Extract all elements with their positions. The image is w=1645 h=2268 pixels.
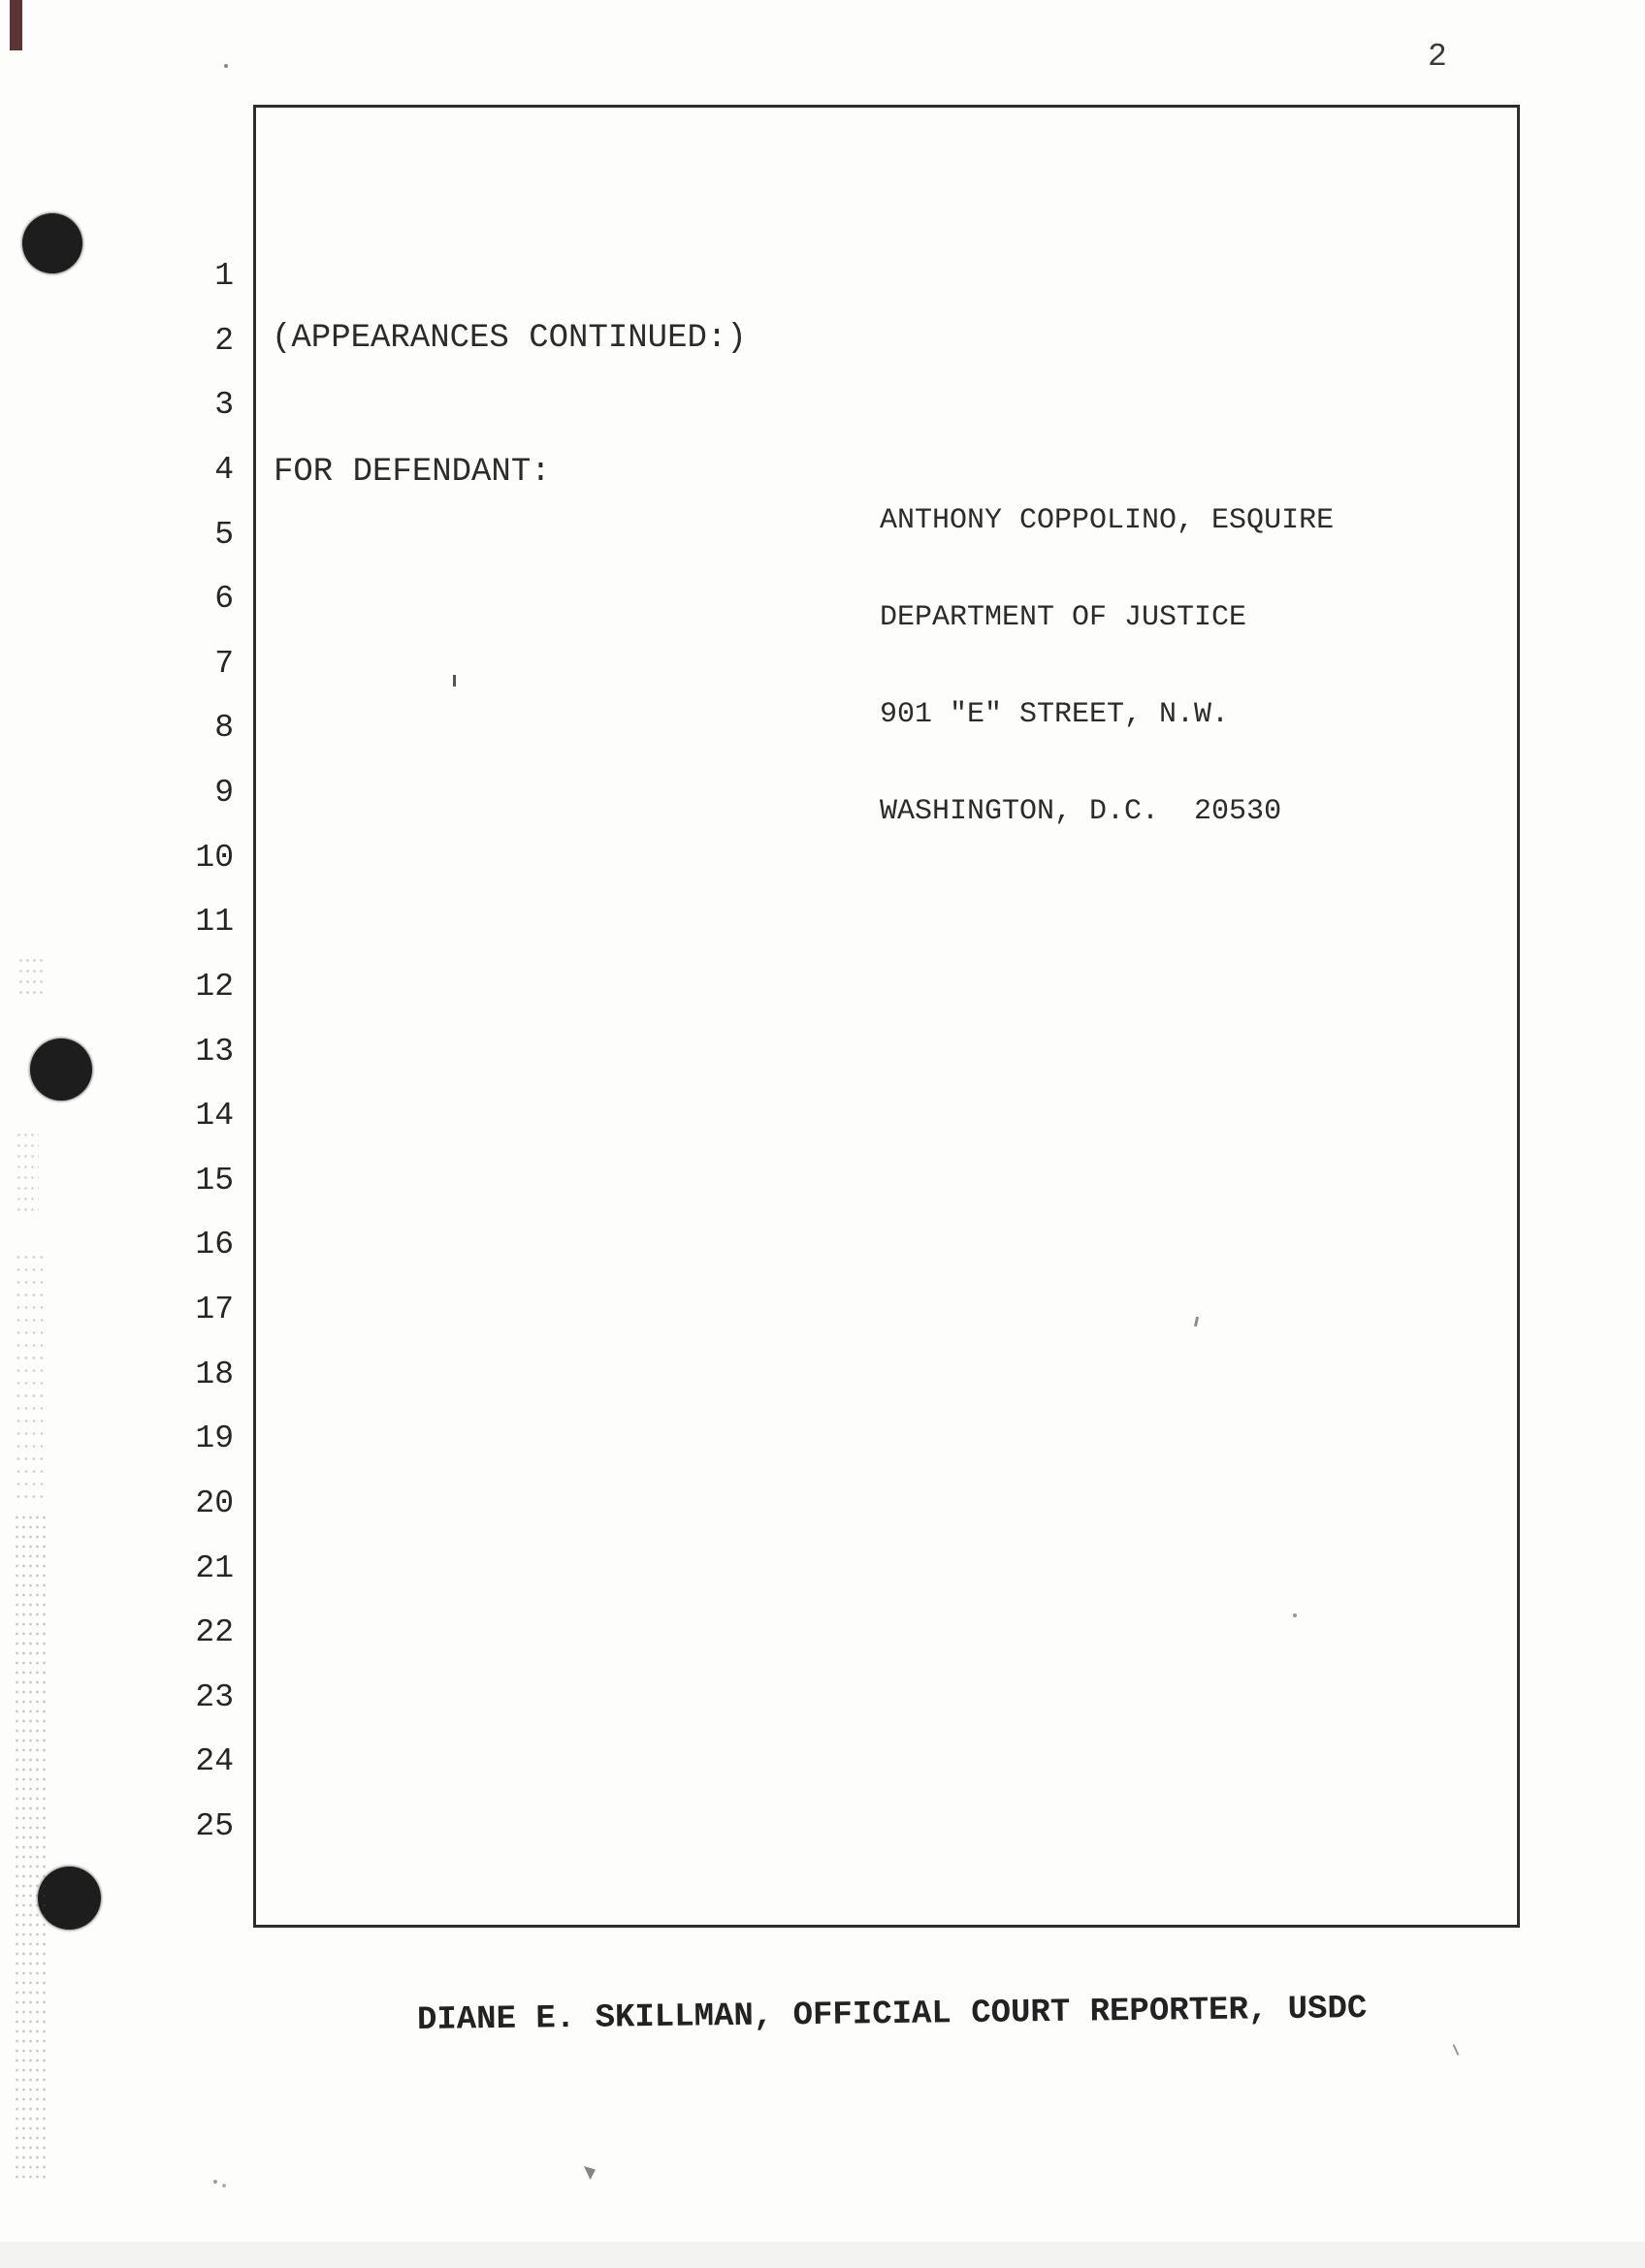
line-number: 12: [137, 955, 234, 1020]
scan-edge-band: [0, 2242, 1645, 2268]
scan-artifact-top-left: [10, 0, 22, 50]
line-number: 11: [137, 890, 234, 955]
line-number: 13: [137, 1020, 234, 1085]
defendant-counsel-address: ANTHONY COPPOLINO, ESQUIRE DEPARTMENT OF…: [880, 440, 1334, 894]
scan-noise-strip: [14, 1513, 47, 2182]
counsel-city-line: WASHINGTON, D.C. 20530: [880, 796, 1334, 828]
hole-punch-bottom: [38, 1867, 101, 1930]
line-number: 1: [137, 244, 234, 309]
line-number: 23: [137, 1666, 234, 1731]
scan-speck: [213, 2180, 217, 2184]
for-defendant-label: FOR DEFENDANT:: [274, 451, 551, 494]
line-number: 6: [137, 567, 234, 632]
appearances-heading: (APPEARANCES CONTINUED:): [272, 317, 747, 360]
line-number: 18: [137, 1343, 234, 1408]
line-number: 16: [137, 1213, 234, 1278]
counsel-name-line: ANTHONY COPPOLINO, ESQUIRE: [880, 505, 1334, 537]
line-number: 22: [137, 1601, 234, 1666]
transcript-box: [253, 105, 1520, 1928]
line-number: 5: [137, 503, 234, 568]
scan-speck: [224, 64, 228, 68]
line-number: 9: [137, 761, 234, 826]
line-number: 3: [137, 373, 234, 438]
line-number: 7: [137, 632, 234, 697]
scan-speck: [453, 675, 456, 687]
line-number: 2: [137, 309, 234, 374]
line-number: 8: [137, 696, 234, 761]
line-number: 20: [137, 1472, 234, 1537]
line-number: 17: [137, 1278, 234, 1343]
line-number: 14: [137, 1084, 234, 1149]
scan-noise-strip: [15, 1251, 44, 1508]
court-reporter-footer: DIANE E. SKILLMAN, OFFICIAL COURT REPORT…: [417, 1991, 1368, 2039]
scan-speck: [584, 2166, 596, 2180]
scan-speck: [1453, 2044, 1460, 2056]
counsel-org-line: DEPARTMENT OF JUSTICE: [880, 602, 1334, 634]
counsel-street-line: 901 "E" STREET, N.W.: [880, 699, 1334, 731]
line-number: 10: [137, 826, 234, 891]
page-number: 2: [1428, 39, 1447, 75]
line-number: 19: [137, 1407, 234, 1472]
line-number: 15: [137, 1149, 234, 1214]
line-number: 4: [137, 438, 234, 503]
hole-punch-middle: [30, 1038, 92, 1101]
line-number: 24: [137, 1730, 234, 1795]
scan-noise-strip: [16, 1130, 39, 1212]
line-number-column: 1234567891011121314151617181920212223242…: [137, 244, 234, 1860]
scan-speck: [1293, 1613, 1297, 1617]
hole-punch-top: [22, 213, 82, 273]
line-number: 25: [137, 1795, 234, 1860]
line-number: 21: [137, 1537, 234, 1602]
scan-noise-strip: [17, 955, 43, 1002]
transcript-page: 2 12345678910111213141516171819202122232…: [0, 0, 1645, 2268]
